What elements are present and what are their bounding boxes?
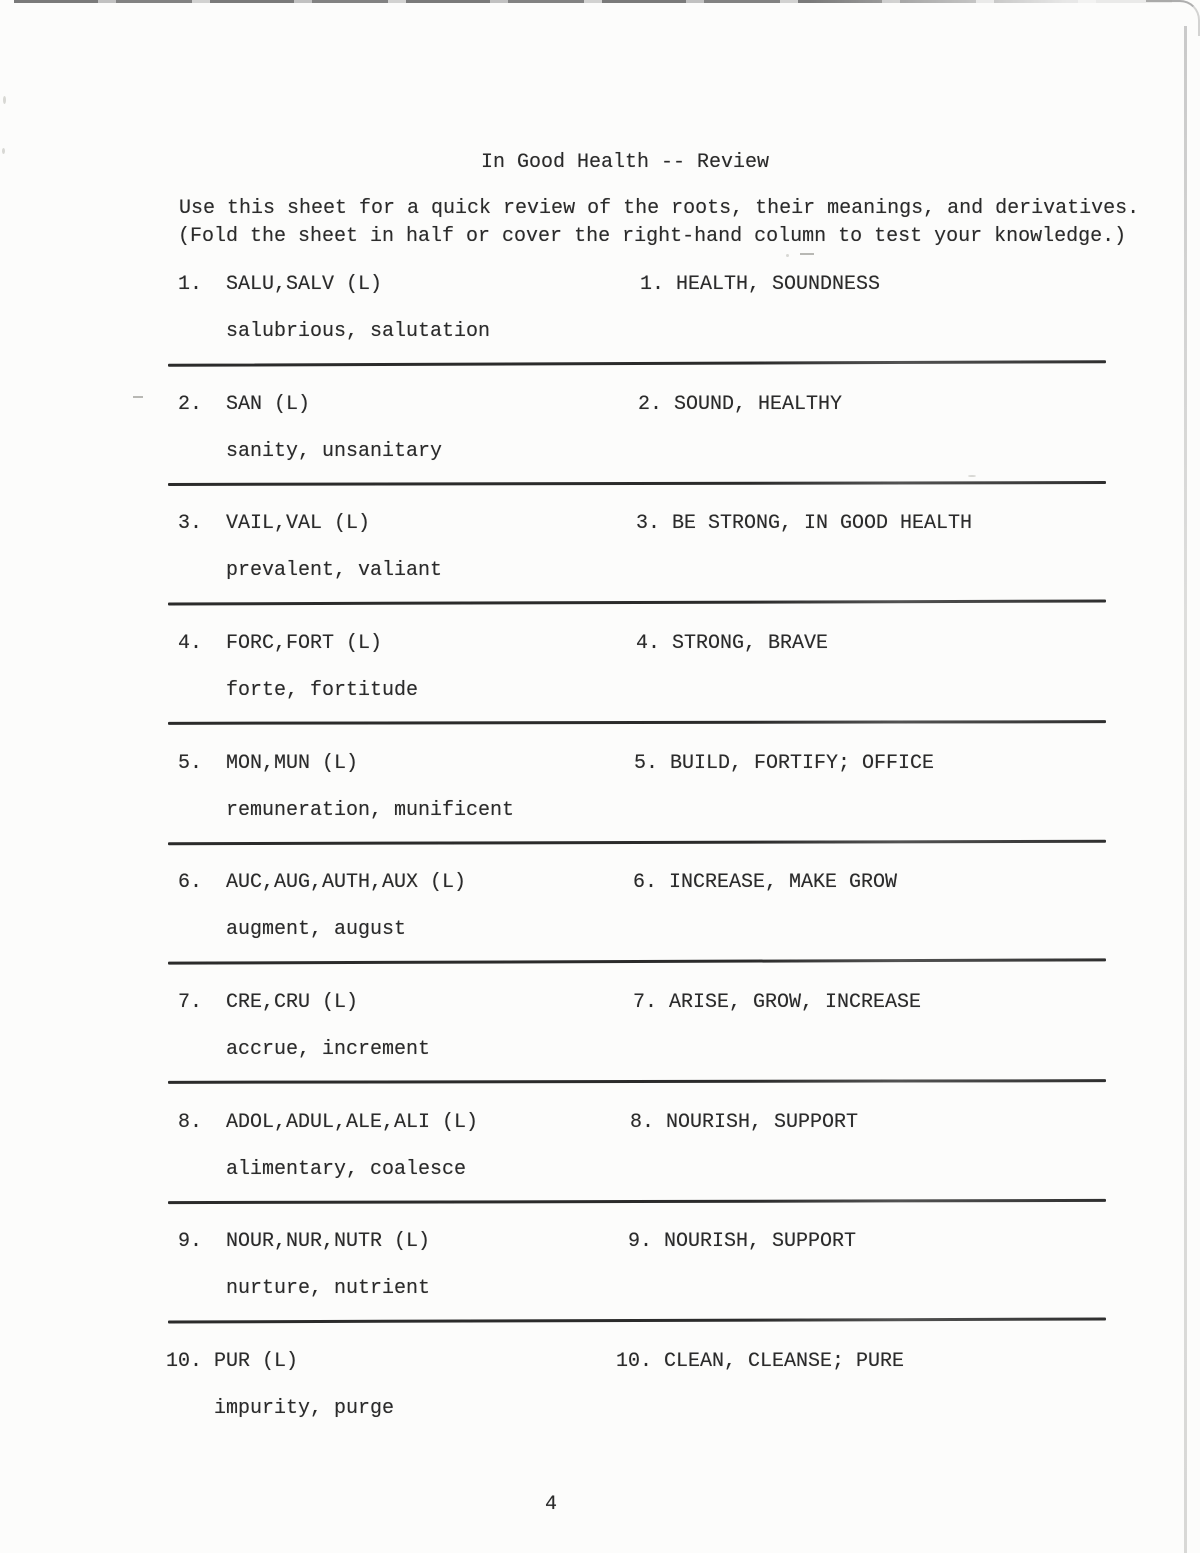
page-title: In Good Health -- Review bbox=[481, 151, 769, 175]
divider-rule bbox=[168, 720, 1106, 725]
meaning-text: STRONG, BRAVE bbox=[672, 632, 828, 656]
meaning-text: ARISE, GROW, INCREASE bbox=[669, 991, 921, 1015]
derivatives-text: remuneration, munificent bbox=[226, 799, 514, 823]
derivatives-text: salubrious, salutation bbox=[226, 320, 490, 344]
meaning-text: NOURISH, SUPPORT bbox=[666, 1111, 858, 1135]
root-number: 8. bbox=[150, 1111, 202, 1135]
meaning-number: 8. bbox=[606, 1111, 654, 1135]
divider-rule bbox=[168, 600, 1106, 606]
root-text: VAIL,VAL (L) bbox=[226, 512, 370, 536]
derivatives-text: forte, fortitude bbox=[226, 679, 418, 703]
meaning-number: 1. bbox=[616, 273, 664, 297]
divider-rule bbox=[168, 360, 1106, 367]
page-number: 4 bbox=[545, 1493, 557, 1517]
root-text: ADOL,ADUL,ALE,ALI (L) bbox=[226, 1111, 478, 1135]
root-number: 10. bbox=[150, 1350, 202, 1374]
root-number: 7. bbox=[150, 991, 202, 1015]
derivatives-text: nurture, nutrient bbox=[226, 1277, 430, 1301]
derivatives-text: prevalent, valiant bbox=[226, 559, 442, 583]
intro-line-1: Use this sheet for a quick review of the… bbox=[179, 197, 1139, 221]
meaning-number: 5. bbox=[610, 752, 658, 776]
meaning-number: 7. bbox=[609, 991, 657, 1015]
divider-rule bbox=[168, 958, 1106, 964]
root-number: 1. bbox=[150, 273, 202, 297]
meaning-text: HEALTH, SOUNDNESS bbox=[676, 273, 880, 297]
derivatives-text: alimentary, coalesce bbox=[226, 1158, 466, 1182]
root-number: 4. bbox=[150, 632, 202, 656]
meaning-text: SOUND, HEALTHY bbox=[674, 393, 842, 417]
meaning-number: 4. bbox=[612, 632, 660, 656]
meaning-number: 3. bbox=[612, 512, 660, 536]
divider-rule bbox=[168, 840, 1106, 845]
root-text: NOUR,NUR,NUTR (L) bbox=[226, 1230, 430, 1254]
meaning-number: 9. bbox=[604, 1230, 652, 1254]
meaning-number: 6. bbox=[609, 871, 657, 895]
meaning-text: INCREASE, MAKE GROW bbox=[669, 871, 897, 895]
root-number: 6. bbox=[150, 871, 202, 895]
meaning-text: BUILD, FORTIFY; OFFICE bbox=[670, 752, 934, 776]
scan-top-edge-line bbox=[14, 0, 1184, 3]
root-text: PUR (L) bbox=[214, 1350, 298, 1374]
scan-speck bbox=[968, 475, 976, 477]
scan-corner-curve bbox=[1146, 0, 1200, 36]
root-number: 5. bbox=[150, 752, 202, 776]
scan-speck bbox=[800, 253, 814, 255]
scan-speck bbox=[3, 96, 6, 104]
root-text: SAN (L) bbox=[226, 393, 310, 417]
divider-rule bbox=[168, 481, 1106, 486]
root-text: SALU,SALV (L) bbox=[226, 273, 382, 297]
meaning-text: BE STRONG, IN GOOD HEALTH bbox=[672, 512, 972, 536]
worksheet-page: In Good Health -- Review Use this sheet … bbox=[0, 0, 1200, 1553]
root-text: FORC,FORT (L) bbox=[226, 632, 382, 656]
root-number: 2. bbox=[150, 393, 202, 417]
intro-line-2: (Fold the sheet in half or cover the rig… bbox=[178, 225, 1126, 249]
root-number: 3. bbox=[150, 512, 202, 536]
derivatives-text: impurity, purge bbox=[214, 1397, 394, 1421]
scan-speck bbox=[2, 148, 5, 154]
derivatives-text: accrue, increment bbox=[226, 1038, 430, 1062]
divider-rule bbox=[168, 1079, 1106, 1084]
scan-right-edge-line bbox=[1184, 26, 1187, 1553]
divider-rule bbox=[168, 1199, 1106, 1204]
scan-speck bbox=[786, 254, 789, 257]
meaning-text: NOURISH, SUPPORT bbox=[664, 1230, 856, 1254]
root-number: 9. bbox=[150, 1230, 202, 1254]
derivatives-text: augment, august bbox=[226, 918, 406, 942]
meaning-number: 10. bbox=[604, 1350, 652, 1374]
divider-rule bbox=[168, 1318, 1106, 1324]
root-text: AUC,AUG,AUTH,AUX (L) bbox=[226, 871, 466, 895]
root-text: CRE,CRU (L) bbox=[226, 991, 358, 1015]
scan-speck bbox=[133, 396, 143, 398]
root-text: MON,MUN (L) bbox=[226, 752, 358, 776]
derivatives-text: sanity, unsanitary bbox=[226, 440, 442, 464]
meaning-number: 2. bbox=[614, 393, 662, 417]
meaning-text: CLEAN, CLEANSE; PURE bbox=[664, 1350, 904, 1374]
